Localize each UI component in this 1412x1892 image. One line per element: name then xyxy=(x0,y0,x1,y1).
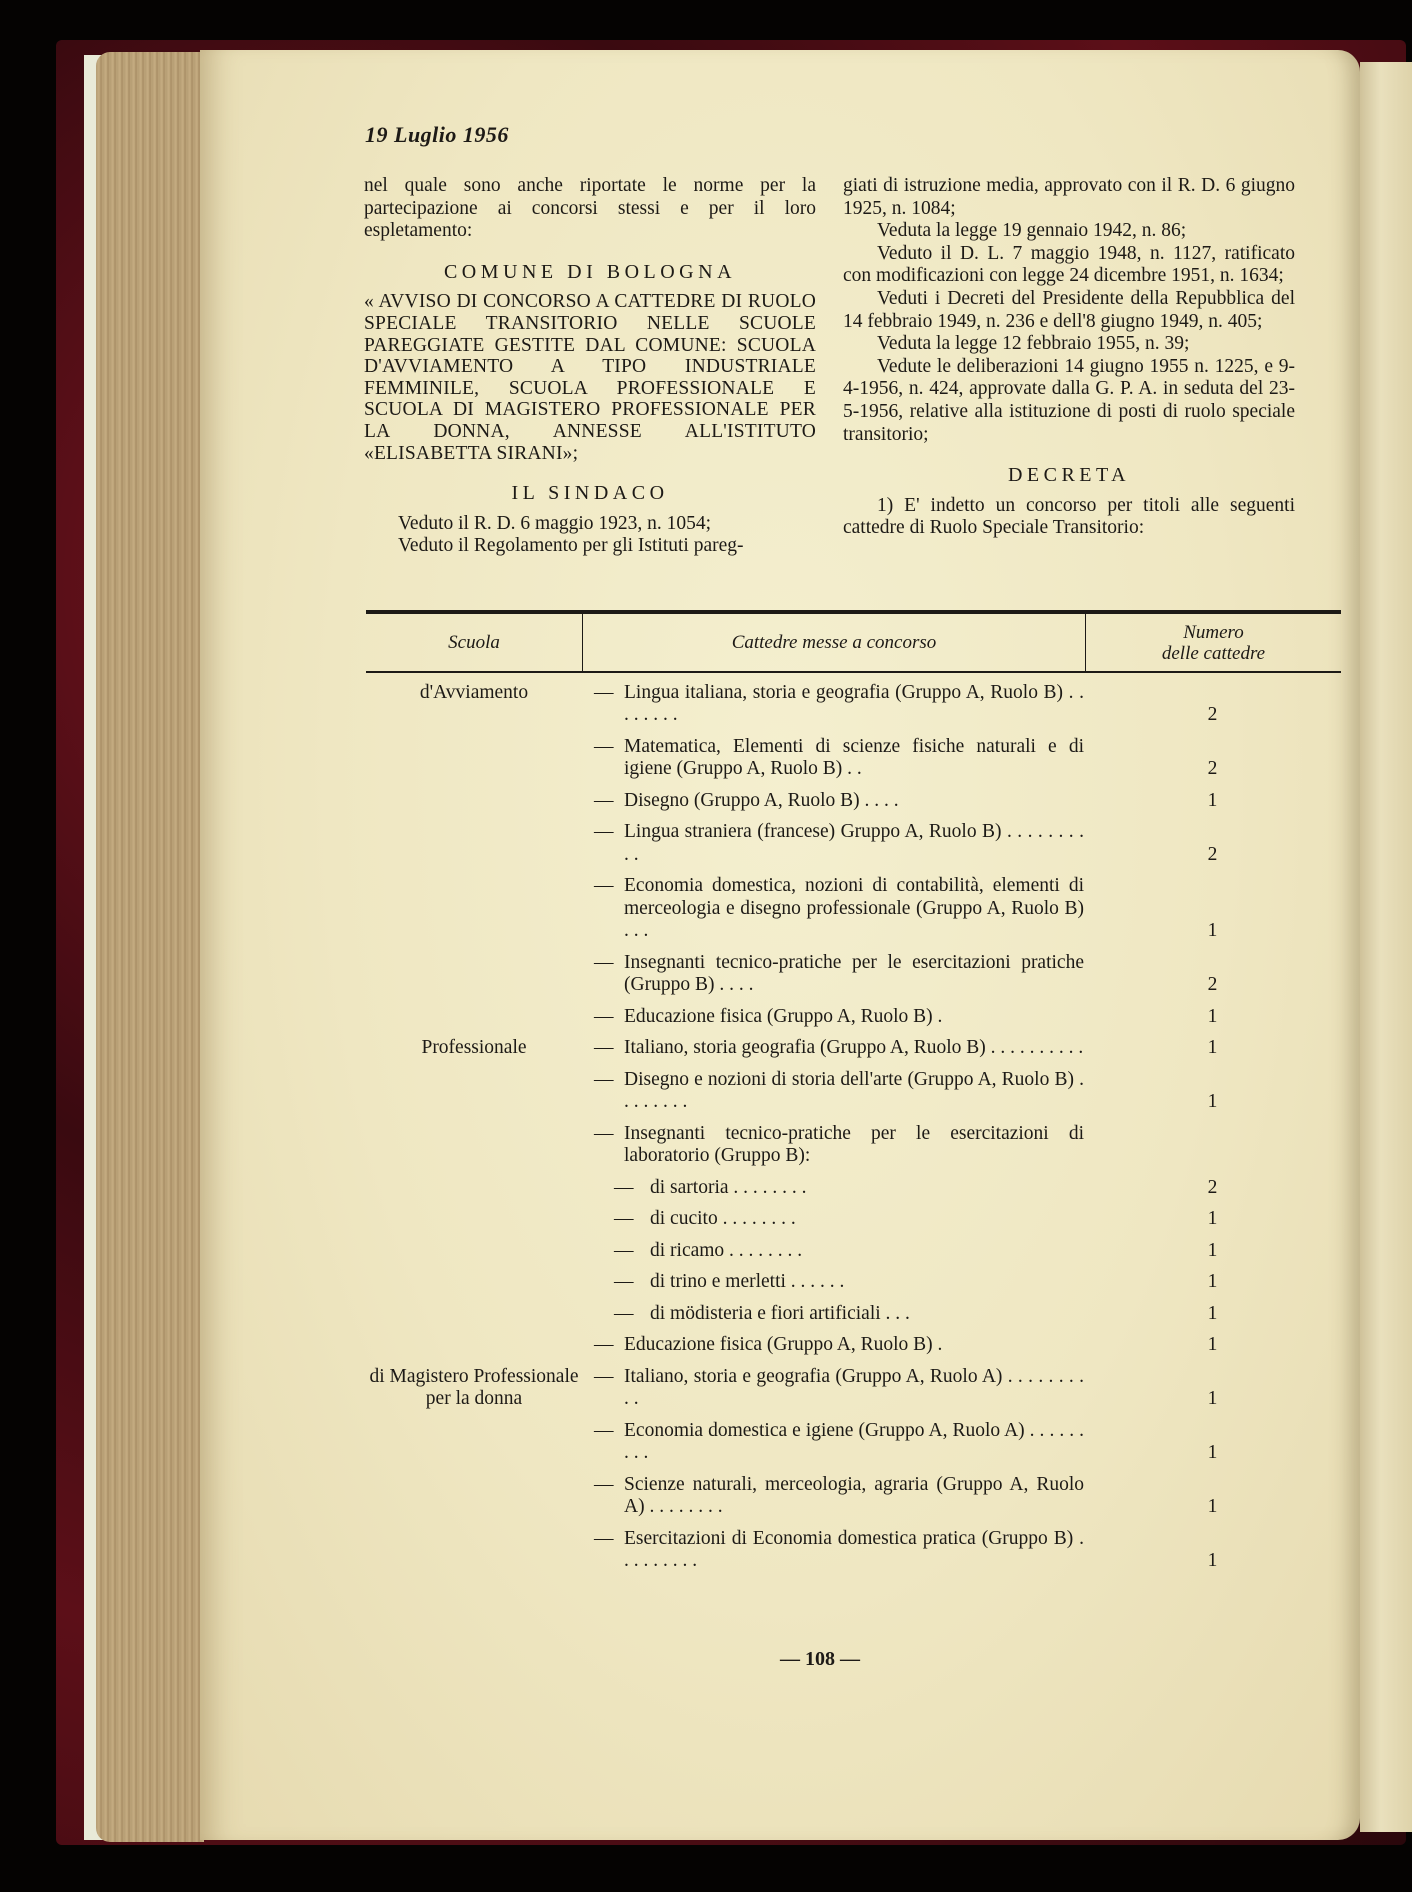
row-chair-text: Scienze naturali, merceologia, agraria (… xyxy=(624,1474,1084,1519)
table-row: —Economia domestica e igiene (Gruppo A, … xyxy=(366,1420,1341,1465)
row-count: 1 xyxy=(1084,1208,1341,1231)
table-row: —di cucito . . . . . . . .1 xyxy=(366,1208,1341,1231)
row-count: 1 xyxy=(1084,1334,1341,1357)
row-chair-text: Disegno e nozioni di storia dell'arte (G… xyxy=(624,1069,1084,1114)
table-header: Scuola Cattedre messe a concorso Numero … xyxy=(366,614,1341,671)
table-row: —di trino e merletti . . . . . .1 xyxy=(366,1271,1341,1294)
row-chair-text: di cucito . . . . . . . . xyxy=(650,1208,1084,1231)
row-chair: —Economia domestica e igiene (Gruppo A, … xyxy=(582,1420,1084,1465)
row-chair: —Educazione fisica (Gruppo A, Ruolo B) . xyxy=(582,1006,1084,1029)
row-count: 1 xyxy=(1084,1550,1341,1573)
intro-paragraph: nel quale sono anche riportate le norme … xyxy=(364,175,816,243)
row-school xyxy=(366,736,582,781)
em-dash: — xyxy=(582,1240,650,1263)
header-count-line1: Numero xyxy=(1086,622,1341,643)
table-row: Professionale—Italiano, storia geografia… xyxy=(366,1037,1341,1060)
recital: Veduto il D. L. 7 maggio 1948, n. 1127, … xyxy=(843,243,1295,288)
running-head-date: 19 Luglio 1956 xyxy=(365,122,509,148)
row-count: 1 xyxy=(1084,1303,1341,1326)
row-chair: —Insegnanti tecnico-pratiche per le eser… xyxy=(582,1123,1084,1168)
page-number: — 108 — xyxy=(780,1648,860,1671)
em-dash: — xyxy=(582,790,624,813)
recital: Vedute le deliberazioni 14 giugno 1955 n… xyxy=(843,356,1295,446)
table-row: —di sartoria . . . . . . . .2 xyxy=(366,1177,1341,1200)
row-chair-text: di mödisteria e fiori artificiali . . . xyxy=(650,1303,1084,1326)
row-chair-text: Educazione fisica (Gruppo A, Ruolo B) . xyxy=(624,1006,1084,1029)
facing-page-edge xyxy=(1360,62,1412,1832)
row-school: d'Avviamento xyxy=(366,682,582,727)
row-school xyxy=(366,1474,582,1519)
table-row: —Disegno e nozioni di storia dell'arte (… xyxy=(366,1069,1341,1114)
row-chair: —di ricamo . . . . . . . . xyxy=(582,1240,1084,1263)
row-chair: —Disegno e nozioni di storia dell'arte (… xyxy=(582,1069,1084,1114)
row-chair: —Insegnanti tecnico-pratiche per le eser… xyxy=(582,952,1084,997)
row-chair-text: Esercitazioni di Economia domestica prat… xyxy=(624,1528,1084,1573)
row-chair-text: Economia domestica, nozioni di contabili… xyxy=(624,875,1084,943)
chairs-table: Scuola Cattedre messe a concorso Numero … xyxy=(366,610,1341,1573)
row-count: 1 xyxy=(1084,1496,1341,1519)
row-chair: —di mödisteria e fiori artificiali . . . xyxy=(582,1303,1084,1326)
row-count: 1 xyxy=(1084,1388,1341,1411)
row-count: 2 xyxy=(1084,704,1341,727)
em-dash: — xyxy=(582,1420,624,1465)
em-dash: — xyxy=(582,1069,624,1114)
table-header-rule xyxy=(366,671,1341,673)
row-count: 2 xyxy=(1084,758,1341,781)
em-dash: — xyxy=(582,1366,624,1411)
row-chair-text: Lingua straniera (francese) Gruppo A, Ru… xyxy=(624,821,1084,866)
row-school xyxy=(366,952,582,997)
row-chair: —Lingua straniera (francese) Gruppo A, R… xyxy=(582,821,1084,866)
table-body: d'Avviamento—Lingua italiana, storia e g… xyxy=(366,682,1341,1573)
row-chair: —Disegno (Gruppo A, Ruolo B) . . . . xyxy=(582,790,1084,813)
row-school xyxy=(366,1177,582,1200)
row-chair: —Scienze naturali, merceologia, agraria … xyxy=(582,1474,1084,1519)
row-count: 2 xyxy=(1084,974,1341,997)
em-dash: — xyxy=(582,1334,624,1357)
table-row: —Educazione fisica (Gruppo A, Ruolo B) .… xyxy=(366,1334,1341,1357)
row-chair-text: Disegno (Gruppo A, Ruolo B) . . . . xyxy=(624,790,1084,813)
row-chair-text: Insegnanti tecnico-pratiche per le eserc… xyxy=(624,952,1084,997)
em-dash: — xyxy=(582,682,624,727)
row-school xyxy=(366,1208,582,1231)
table-row: —Esercitazioni di Economia domestica pra… xyxy=(366,1528,1341,1573)
row-chair: —Italiano, storia geografia (Gruppo A, R… xyxy=(582,1037,1084,1060)
row-chair-text: Insegnanti tecnico-pratiche per le eserc… xyxy=(624,1123,1084,1168)
row-chair: —Esercitazioni di Economia domestica pra… xyxy=(582,1528,1084,1573)
header-chairs: Cattedre messe a concorso xyxy=(583,614,1086,671)
row-school xyxy=(366,821,582,866)
em-dash: — xyxy=(582,1177,650,1200)
row-chair-text: Educazione fisica (Gruppo A, Ruolo B) . xyxy=(624,1334,1084,1357)
em-dash: — xyxy=(582,1208,650,1231)
row-school: di Magistero Professionale per la donna xyxy=(366,1366,582,1411)
row-school xyxy=(366,1123,582,1168)
em-dash: — xyxy=(582,875,624,943)
table-row: d'Avviamento—Lingua italiana, storia e g… xyxy=(366,682,1341,727)
row-school xyxy=(366,1303,582,1326)
row-count: 1 xyxy=(1084,920,1341,943)
table-row: —Insegnanti tecnico-pratiche per le eser… xyxy=(366,952,1341,997)
row-chair: —Lingua italiana, storia e geografia (Gr… xyxy=(582,682,1084,727)
row-school: Professionale xyxy=(366,1037,582,1060)
notice-title: « AVVISO DI CONCORSO A CATTEDRE DI RUOLO… xyxy=(364,291,816,464)
em-dash: — xyxy=(582,1474,624,1519)
em-dash: — xyxy=(582,736,624,781)
right-column: giati di istruzione media, approvato con… xyxy=(843,175,1295,540)
row-school xyxy=(366,790,582,813)
recital: Veduta la legge 19 gennaio 1942, n. 86; xyxy=(843,220,1295,243)
row-count: 2 xyxy=(1084,1177,1341,1200)
left-column: nel quale sono anche riportate le norme … xyxy=(364,175,816,558)
em-dash: — xyxy=(582,1037,624,1060)
row-school xyxy=(366,875,582,943)
row-count: 1 xyxy=(1084,790,1341,813)
authority-heading: IL SINDACO xyxy=(364,482,816,505)
table-row: di Magistero Professionale per la donna—… xyxy=(366,1366,1341,1411)
row-count: 1 xyxy=(1084,1037,1341,1060)
recital-continuation: giati di istruzione media, approvato con… xyxy=(843,175,1295,220)
row-school xyxy=(366,1528,582,1573)
row-count: 2 xyxy=(1084,844,1341,867)
row-chair: —Economia domestica, nozioni di contabil… xyxy=(582,875,1084,943)
row-chair: —di cucito . . . . . . . . xyxy=(582,1208,1084,1231)
row-chair-text: Italiano, storia geografia (Gruppo A, Ru… xyxy=(624,1037,1084,1060)
row-school xyxy=(366,1334,582,1357)
issuer-heading: COMUNE DI BOLOGNA xyxy=(364,261,816,284)
table-row: —di ricamo . . . . . . . .1 xyxy=(366,1240,1341,1263)
row-count: 1 xyxy=(1084,1006,1341,1029)
em-dash: — xyxy=(582,1006,624,1029)
row-chair-text: Italiano, storia e geografia (Gruppo A, … xyxy=(624,1366,1084,1411)
row-school xyxy=(366,1271,582,1294)
row-count: 1 xyxy=(1084,1091,1341,1114)
decree-heading: DECRETA xyxy=(843,464,1295,487)
row-school xyxy=(366,1240,582,1263)
row-chair-text: di sartoria . . . . . . . . xyxy=(650,1177,1084,1200)
row-count: 1 xyxy=(1084,1240,1341,1263)
recital: Veduti i Decreti del Presidente della Re… xyxy=(843,288,1295,333)
row-chair: —Educazione fisica (Gruppo A, Ruolo B) . xyxy=(582,1334,1084,1357)
row-chair-text: di ricamo . . . . . . . . xyxy=(650,1240,1084,1263)
row-chair-text: Lingua italiana, storia e geografia (Gru… xyxy=(624,682,1084,727)
em-dash: — xyxy=(582,821,624,866)
row-count: 1 xyxy=(1084,1271,1341,1294)
table-row: —Economia domestica, nozioni di contabil… xyxy=(366,875,1341,943)
table-row: —Insegnanti tecnico-pratiche per le eser… xyxy=(366,1123,1341,1168)
table-row: —Disegno (Gruppo A, Ruolo B) . . . .1 xyxy=(366,790,1341,813)
row-chair: —di sartoria . . . . . . . . xyxy=(582,1177,1084,1200)
recital: Veduto il R. D. 6 maggio 1923, n. 1054; xyxy=(364,513,816,536)
row-chair-text: Matematica, Elementi di scienze fisiche … xyxy=(624,736,1084,781)
recital: Veduta la legge 12 febbraio 1955, n. 39; xyxy=(843,333,1295,356)
row-school xyxy=(366,1006,582,1029)
row-chair: —di trino e merletti . . . . . . xyxy=(582,1271,1084,1294)
table-row: —Matematica, Elementi di scienze fisiche… xyxy=(366,736,1341,781)
row-chair-text: di trino e merletti . . . . . . xyxy=(650,1271,1084,1294)
header-school: Scuola xyxy=(366,614,583,671)
row-chair: —Italiano, storia e geografia (Gruppo A,… xyxy=(582,1366,1084,1411)
table-row: —di mödisteria e fiori artificiali . . .… xyxy=(366,1303,1341,1326)
row-school xyxy=(366,1420,582,1465)
recital: Veduto il Regolamento per gli Istituti p… xyxy=(364,535,816,558)
row-chair: —Matematica, Elementi di scienze fisiche… xyxy=(582,736,1084,781)
header-count-line2: delle cattedre xyxy=(1086,643,1341,664)
row-school xyxy=(366,1069,582,1114)
table-row: —Lingua straniera (francese) Gruppo A, R… xyxy=(366,821,1341,866)
em-dash: — xyxy=(582,1271,650,1294)
table-row: —Scienze naturali, merceologia, agraria … xyxy=(366,1474,1341,1519)
table-row: —Educazione fisica (Gruppo A, Ruolo B) .… xyxy=(366,1006,1341,1029)
em-dash: — xyxy=(582,1528,624,1573)
em-dash: — xyxy=(582,1123,624,1168)
row-count: 1 xyxy=(1084,1442,1341,1465)
em-dash: — xyxy=(582,952,624,997)
article-1: 1) E' indetto un concorso per titoli all… xyxy=(843,495,1295,540)
em-dash: — xyxy=(582,1303,650,1326)
page-edges-stack xyxy=(96,52,204,1842)
header-count: Numero delle cattedre xyxy=(1086,622,1341,664)
row-chair-text: Economia domestica e igiene (Gruppo A, R… xyxy=(624,1420,1084,1465)
